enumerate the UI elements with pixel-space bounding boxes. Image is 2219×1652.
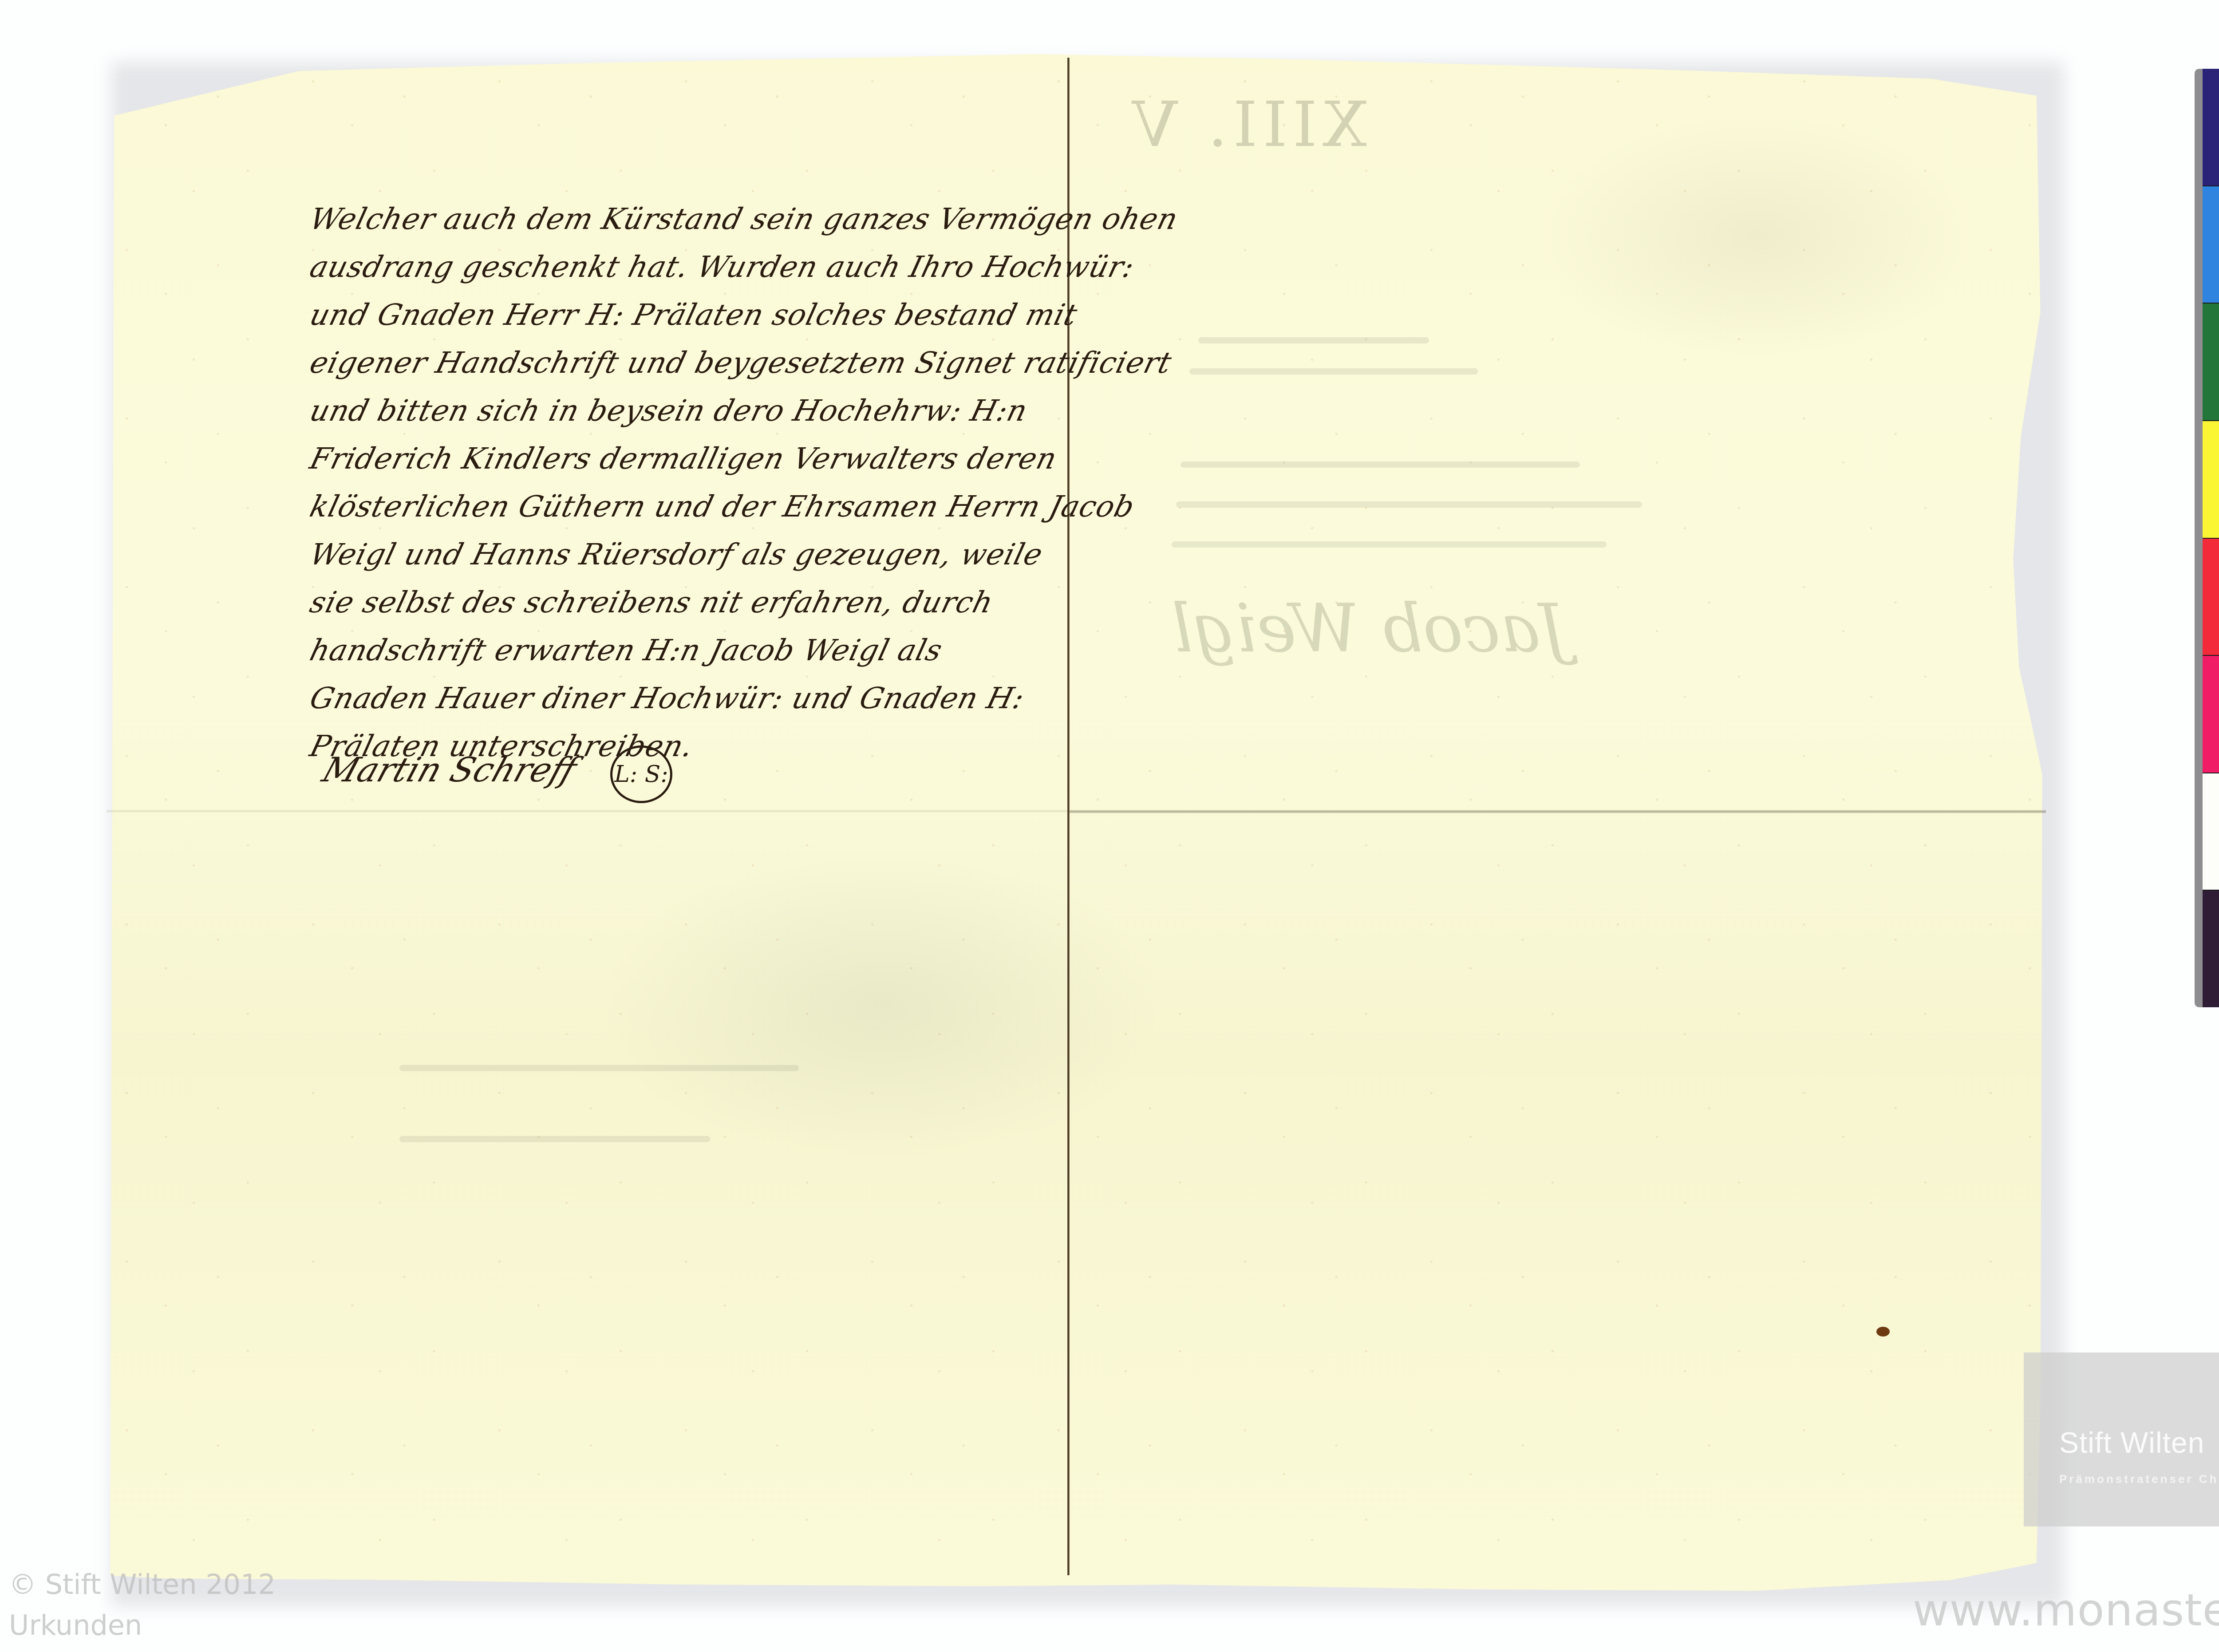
color-patches [2203, 69, 2219, 1007]
chart-edge [2195, 69, 2203, 1007]
text-line: Gnaden Hauer diner Hochwür: und Gnaden H… [305, 674, 787, 722]
stift-wilten-logo: Stift Wilten Prämonstratenser Chorherren [2024, 1352, 2219, 1526]
patch-magenta-dark [2203, 656, 2219, 773]
text-line: klösterlichen Güthern und der Ehrsamen H… [305, 483, 787, 531]
bleed-through-numeral: XIII. V [1127, 89, 1367, 161]
website-watermark: www.monasterium.net [1913, 1584, 2219, 1636]
patch-3color-dark [2203, 891, 2219, 1007]
text-line: handschrift erwarten H:n Jacob Weigl als [305, 627, 787, 674]
text-line: Welcher auch dem Kürstand sein ganzes Ve… [305, 195, 787, 243]
horizontal-fold-left [107, 810, 1067, 812]
bleed-through-signature: Jacob Weigl [1172, 590, 1567, 667]
document-scan: Welcher auch dem Kürstand sein ganzes Ve… [0, 0, 2219, 1652]
collection-label: Urkunden [9, 1605, 276, 1646]
patch-cyan-dark [2203, 186, 2219, 303]
kodak-color-chart: Blue Cyan Green Yellow Red Magenta White… [2195, 69, 2219, 1007]
logo-name: Stift Wilten [2059, 1426, 2204, 1459]
patch-white [2203, 773, 2219, 890]
text-line: und Gnaden Herr H: Prälaten solches best… [305, 291, 787, 339]
text-line: Weigl und Hanns Rüersdorf als gezeugen, … [305, 531, 787, 579]
bleed-through-line [1172, 541, 1607, 548]
text-line: eigener Handschrift und beygesetztem Sig… [305, 339, 787, 387]
bleed-through-line [399, 1065, 799, 1071]
vertical-fold-line [1067, 58, 1070, 1575]
ink-stain [1876, 1327, 1890, 1337]
patch-blue-dark [2203, 69, 2219, 185]
text-line: sie selbst des schreibens nit erfahren, … [305, 579, 787, 627]
text-line: ausdrang geschenkt hat. Wurden auch Ihro… [305, 243, 787, 291]
bleed-through-line [1198, 337, 1429, 343]
copyright-watermark: © Stift Wilten 2012 Urkunden [9, 1564, 276, 1646]
copyright-line: © Stift Wilten 2012 [9, 1564, 276, 1605]
horizontal-fold-right [1070, 810, 2046, 813]
signature: Martin Schreff [318, 750, 582, 789]
bleed-through-line [1181, 461, 1580, 468]
logo-subtitle: Prämonstratenser Chorherren [2059, 1472, 2219, 1486]
patch-green-dark [2203, 304, 2219, 420]
seal-mark: L: S: [610, 745, 672, 803]
text-line: und bitten sich in beysein dero Hochehrw… [305, 387, 787, 435]
bleed-through-line [1189, 368, 1478, 375]
handwritten-text: Welcher auch dem Kürstand sein ganzes Ve… [311, 195, 781, 770]
patch-yellow-dark [2203, 421, 2219, 538]
text-line: Friderich Kindlers dermalligen Verwalter… [305, 435, 787, 483]
seal-label: L: S: [614, 761, 668, 788]
patch-red-dark [2203, 539, 2219, 655]
bleed-through-line [1176, 501, 1642, 508]
bleed-through-line [399, 1136, 710, 1142]
